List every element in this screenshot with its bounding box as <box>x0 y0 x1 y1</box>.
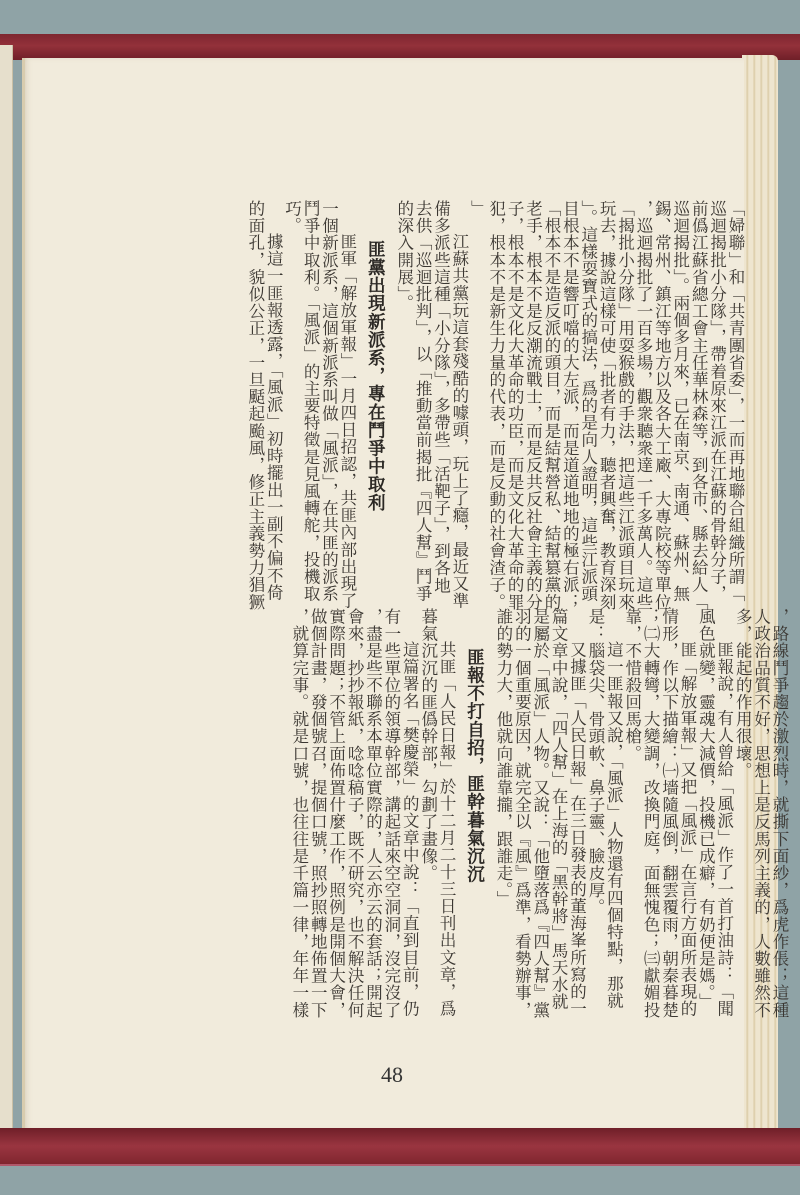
text-column: 誰的勢力大，他就向誰靠攏，跟誰走。」 <box>494 608 512 1068</box>
text-column: 錫、常州、鎮江等地方以及各大工廠、大專院校等單位 <box>652 200 670 590</box>
text-column: 犯，根本不是新生力量的代表，而是反動的社會渣子。 <box>486 200 504 590</box>
text-column: 匪報說，有人曾給「風派」作了一首打油詩：「聞 <box>714 608 732 1068</box>
text-column: 有一些單位的領導幹部，講起話來空空洞洞，沒完沒了 <box>381 608 399 1068</box>
book-binding-bottom <box>0 1128 800 1166</box>
text-column: ，盡是些不聯系本單位實際的，人云亦云的套話；開起 <box>363 608 381 1068</box>
text-column: 」 <box>468 200 486 590</box>
left-page-edge <box>0 45 13 1135</box>
text-column: 篇文章中說，「四人幫」在上海的「黑幹將」馬天水就 <box>549 608 567 1068</box>
text-column: 的深入開展」。 <box>394 200 412 590</box>
text-column: 目根本不是響叮噹的大左派，而是道道地地的極右派； <box>560 200 578 590</box>
text-column: 風色就變，靈魂大減價，投機已成癖，有奶便是媽。」 <box>696 608 714 1068</box>
text-column: 備多派些這種「小分隊」，多帶些「活靶子」，到各地 <box>431 200 449 590</box>
page-number: 48 <box>372 1062 412 1088</box>
text-column: 人政治品質不好，思想上是反馬列主義的，人數雖然不 <box>751 608 769 1068</box>
text-column: 江蘇共黨玩這套殘酷的噱頭，玩上了癮，最近又準 <box>450 200 468 590</box>
text-column: 做個計畫，發個號召，提個口號，照抄照轉地佈置一下 <box>308 608 326 1068</box>
text-column: 靠，不惜殺回馬槍。 <box>622 608 640 1068</box>
text-column: 「根本不是造反派的頭目，而是結幫營私、結幫篡黨的 <box>542 200 560 590</box>
text-column: 一個新派系，這個新派系叫做「風派」，在共匪的派系 <box>319 200 337 590</box>
text-column: 子，根本不是文化大革命的功臣，而是文化大革命的罪 <box>505 200 523 590</box>
lower-text-block: ，路線鬥爭趨於激烈時，就撕下面紗，爲虎作倀；這種 人政治品質不好，思想上是反馬列… <box>128 608 788 1068</box>
text-column: 是屬於「風派」人物。又說：「他墮落爲『四人幫』黨 <box>530 608 548 1068</box>
book-binding-top <box>0 34 800 60</box>
section-heading: 匪黨出現新派系，專在鬥爭中取利 <box>366 200 384 590</box>
text-column: 去供「巡迴批判」，以「推動當前揭批『四人幫』鬥爭 <box>413 200 431 590</box>
text-column: 的面孔，貌似公正，一旦颳起颱風，修正主義勢力猖獗 <box>245 200 263 590</box>
text-column: 玩去，據說這樣可使「批者有力，聽者興奮，教育深刻 <box>597 200 615 590</box>
text-column: ；㈡大轉彎，大變調，改換門庭，面無愧色；㈢獻媚投 <box>641 608 659 1068</box>
text-column: 這篇署名「樊慶榮」的文章中說：「直到目前，仍 <box>400 608 418 1068</box>
text-column: 「揭批小分隊」用耍猴戲的手法，把這些江派頭目玩來 <box>615 200 633 590</box>
text-column: 會來，抄抄報紙，唸唸稿子，既不研究，也不解決任何 <box>345 608 363 1068</box>
text-column: 「婦聯」和「共青團省委」，一而再地聯合組織所謂「 <box>726 200 744 590</box>
text-column: 是：腦袋尖、骨頭軟、鼻子靈、臉皮厚。 <box>586 608 604 1068</box>
text-column: 老手，根本不是反潮流戰士，而是反共反社會主義的分 <box>523 200 541 590</box>
text-column: 實際問題；不管上面佈置什麼工作，照例是開個大會， <box>326 608 344 1068</box>
text-column: 前僞江蘇省總工會主任華林森等，到各市、縣去給人「 <box>689 200 707 590</box>
text-column: 匪軍「解放軍報」一月四日招認，共匪內部出現了 <box>337 200 355 590</box>
text-column: 羽的一個重要原因，就完全以『風』爲準，看勢辦事， <box>512 608 530 1068</box>
section-heading: 匪報不打自招，匪幹暮氣沉沉 <box>465 608 483 1068</box>
text-column: 匪「解放軍報」又把「風派」在言行方面所表現的 <box>678 608 696 1068</box>
text-column: 多，能起的作用很壞。 <box>733 608 751 1068</box>
text-column: 巡迴揭批小分隊」，帶着原來江派在江蘇的骨幹分子， <box>707 200 725 590</box>
upper-text-block: 「婦聯」和「共青團省委」，一而再地聯合組織所謂「 巡迴揭批小分隊」，帶着原來江派… <box>94 200 744 590</box>
text-column: 又據匪「人民日報」在三日發表的董海峯所寫的一 <box>567 608 585 1068</box>
text-column: 情形，作以下描繪：㈠墻隨風倒，翻雲覆雨，朝秦暮楚 <box>659 608 677 1068</box>
text-column: ，就算完事。就是口號，也往往是千篇一律，年年一樣 <box>289 608 307 1068</box>
text-column: 巧。 <box>282 200 300 590</box>
text-column: 暮氣沉沉的匪僞幹部，勾劃了畫像。 <box>418 608 436 1068</box>
text-column: ，路線鬥爭趨於激烈時，就撕下面紗，爲虎作倀；這種 <box>770 608 788 1068</box>
text-column: 鬥爭中取利。「風派」的主要特徵是見風轉舵，投機取 <box>301 200 319 590</box>
text-column: 巡迴揭批」。兩個多月來，已在南京、南通、蘇州、無 <box>670 200 688 590</box>
text-column: ，巡迴揭批了一百多場，觀衆聽衆達一千多萬人。這些 <box>634 200 652 590</box>
text-column: 」。這樣耍寶式的搞法，爲的是向人證明，這些江派頭 <box>578 200 596 590</box>
page-gutter <box>22 58 25 1130</box>
text-column: 據這一匪報透露，「風派」初時擺出一副不偏不倚 <box>264 200 282 590</box>
text-column: 這一匪報又說，「風派」人物還有四個特點，那就 <box>604 608 622 1068</box>
text-column: 共匪「人民日報」於十二月二十三日刊出文章，爲 <box>437 608 455 1068</box>
